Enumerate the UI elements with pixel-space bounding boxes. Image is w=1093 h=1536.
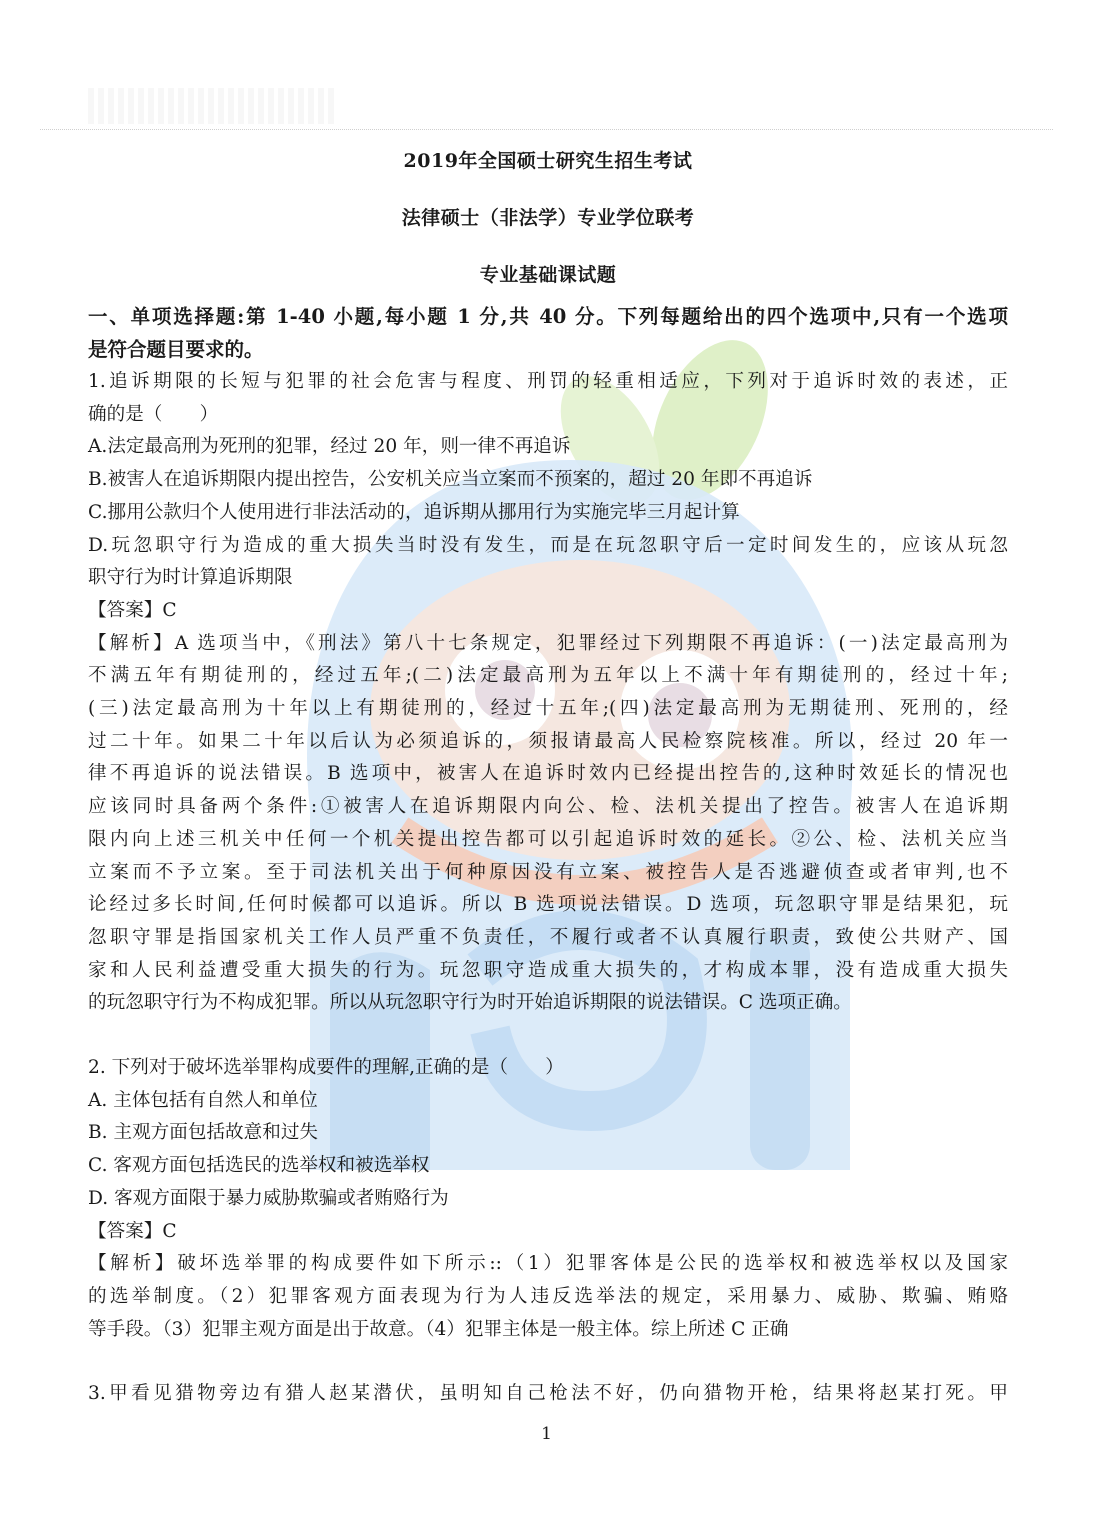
exam-title: 2019年全国硕士研究生招生考试 [88,146,1008,173]
question-2: 2. 下列对于破坏选举罪构成要件的理解,正确的是（ ） A. 主体包括有自然人和… [88,1052,1008,1346]
analysis-line: 立案而不予立案。至于司法机关出于何种原因没有立案、被控告人是否逃避侦查或者审判,… [88,857,1008,890]
page-number: 1 [0,1424,1093,1444]
exam-body: 一、单项选择题:第 1-40 小题,每小题 1 分,共 40 分。下列每题给出的… [88,300,1008,1411]
question-stem-cont: 确的是（ ） [88,399,1008,432]
section-heading-line1: 一、单项选择题:第 1-40 小题,每小题 1 分,共 40 分。下列每题给出的… [88,300,1008,333]
option-a: A.法定最高刑为死刑的犯罪，经过 20 年，则一律不再追诉 [88,431,1008,464]
analysis-line: 【解析】破坏选举罪的构成要件如下所示::（1）犯罪客体是公民的选举权和被选举权以… [88,1248,1008,1281]
analysis-line: (三)法定最高刑为十年以上有期徒刑的，经过十五年;(四)法定最高刑为无期徒刑、死… [88,693,1008,726]
option-b: B.被害人在追诉期限内提出控告，公安机关应当立案而不预案的，超过 20 年即不再… [88,464,1008,497]
spacer [88,1346,1008,1378]
analysis-line: 论经过多长时间,任何时候都可以追诉。所以 B 选项说法错误。D 选项，玩忽职守罪… [88,889,1008,922]
analysis-line: 律不再追诉的说法错误。B 选项中，被害人在追诉时效内已经提出控告的,这种时效延长… [88,758,1008,791]
header-logo-faded [88,88,338,124]
option-c: C.挪用公款归个人使用进行非法活动的，追诉期从挪用行为实施完毕三月起计算 [88,497,1008,530]
option-b: B. 主观方面包括故意和过失 [88,1117,1008,1150]
answer: 【答案】C [88,595,1008,628]
analysis-line: 过二十年。如果二十年以后认为必须追诉的，须报请最高人民检察院核准。所以，经过 2… [88,726,1008,759]
analysis-line: 不满五年有期徒刑的，经过五年;(二)法定最高刑为五年以上不满十年有期徒刑的，经过… [88,660,1008,693]
exam-subtitle: 法律硕士（非法学）专业学位联考 [88,203,1008,230]
analysis-line: 的选举制度。（2）犯罪客观方面表现为行为人违反选举法的规定，采用暴力、威胁、欺骗… [88,1281,1008,1314]
analysis-line: 等手段。（3）犯罪主观方面是出于故意。（4）犯罪主体是一般主体。综上所述 C 正… [88,1314,1008,1347]
question-stem: 3.甲看见猎物旁边有猎人赵某潜伏，虽明知自己枪法不好，仍向猎物开枪，结果将赵某打… [88,1378,1008,1411]
analysis-line: 限内向上述三机关中任何一个机关提出控告都可以引起追诉时效的延长。②公、检、法机关… [88,824,1008,857]
option-d-cont: 职守行为时计算追诉期限 [88,562,1008,595]
question-1: 1.追诉期限的长短与犯罪的社会危害与程度、刑罚的轻重相适应，下列对于追诉时效的表… [88,366,1008,1020]
analysis-line: 家和人民利益遭受重大损失的行为。玩忽职守造成重大损失的，才构成本罪，没有造成重大… [88,955,1008,988]
option-c: C. 客观方面包括选民的选举权和被选举权 [88,1150,1008,1183]
option-d: D.玩忽职守行为造成的重大损失当时没有发生，而是在玩忽职守后一定时间发生的，应该… [88,530,1008,563]
option-a: A. 主体包括有自然人和单位 [88,1085,1008,1118]
option-d: D. 客观方面限于暴力威胁欺骗或者贿赂行为 [88,1183,1008,1216]
header-divider [40,129,1053,130]
section-heading-line2: 是符合题目要求的。 [88,333,1008,366]
analysis-line: 【解析】A 选项当中，《刑法》第八十七条规定，犯罪经过下列期限不再追诉：(一)法… [88,628,1008,661]
question-stem: 1.追诉期限的长短与犯罪的社会危害与程度、刑罚的轻重相适应，下列对于追诉时效的表… [88,366,1008,399]
answer: 【答案】C [88,1216,1008,1249]
question-3: 3.甲看见猎物旁边有猎人赵某潜伏，虽明知自己枪法不好，仍向猎物开枪，结果将赵某打… [88,1378,1008,1411]
analysis-line: 的玩忽职守行为不构成犯罪。所以从玩忽职守行为时开始追诉期限的说法错误。C 选项正… [88,987,1008,1020]
spacer [88,1020,1008,1052]
question-stem: 2. 下列对于破坏选举罪构成要件的理解,正确的是（ ） [88,1052,1008,1085]
analysis-line: 应该同时具备两个条件:①被害人在追诉期限内向公、检、法机关提出了控告。被害人在追… [88,791,1008,824]
analysis-line: 忽职守罪是指国家机关工作人员严重不负责任，不履行或者不认真履行职责，致使公共财产… [88,922,1008,955]
exam-paper-name: 专业基础课试题 [88,260,1008,287]
